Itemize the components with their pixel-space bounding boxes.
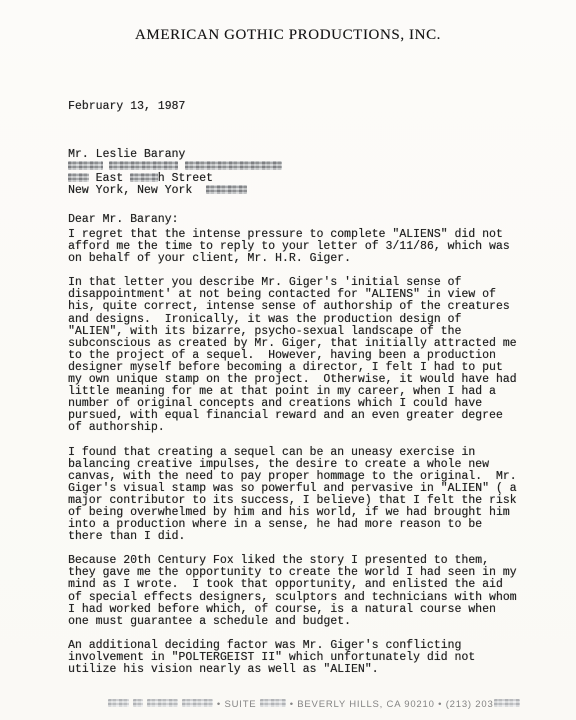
text-segment	[103, 160, 110, 173]
recipient-address-block: Mr. Leslie Barany East h StreetNew York,…	[68, 149, 282, 197]
date-line: February 13, 1987	[68, 101, 185, 113]
text-line: New York, New York	[68, 185, 282, 197]
text-segment: New York, New York	[68, 184, 206, 197]
text-segment: East	[89, 172, 130, 185]
letter-page: AMERICAN GOTHIC PRODUCTIONS, INC. Februa…	[0, 0, 576, 720]
salutation: Dear Mr. Barany:	[68, 214, 178, 226]
text-segment	[178, 160, 185, 173]
letter-body: I regret that the intense pressure to co…	[68, 229, 520, 688]
letterhead-footer-address: • SUITE • BEVERLY HILLS, CA 90210 • (213…	[26, 699, 576, 711]
body-paragraph: I regret that the intense pressure to co…	[68, 229, 520, 265]
redacted-text	[133, 699, 144, 707]
redacted-text	[206, 185, 247, 194]
text-segment: h Street	[158, 172, 213, 185]
redacted-text	[109, 161, 178, 170]
redacted-text	[130, 173, 158, 182]
body-paragraph: In that letter you describe Mr. Giger's …	[68, 277, 520, 434]
body-paragraph: An additional deciding factor was Mr. Gi…	[68, 640, 520, 676]
redacted-text	[185, 161, 282, 170]
body-paragraph: I found that creating a sequel can be an…	[68, 447, 520, 544]
redacted-text	[68, 173, 89, 182]
redacted-text	[68, 161, 103, 170]
text-segment: Mr. Leslie Barany	[68, 148, 185, 161]
body-paragraph: Because 20th Century Fox liked the story…	[68, 555, 520, 628]
text-segment: • SUITE	[213, 699, 259, 710]
letterhead-company-name: AMERICAN GOTHIC PRODUCTIONS, INC.	[0, 27, 576, 44]
redacted-text	[494, 699, 520, 707]
text-line: Mr. Leslie Barany	[68, 149, 282, 161]
redacted-text	[147, 699, 179, 707]
redacted-text	[108, 699, 129, 707]
text-line: • SUITE • BEVERLY HILLS, CA 90210 • (213…	[26, 699, 576, 711]
redacted-text	[260, 699, 286, 707]
text-segment: • BEVERLY HILLS, CA 90210 • (213) 203	[286, 699, 493, 710]
redacted-text	[182, 699, 214, 707]
